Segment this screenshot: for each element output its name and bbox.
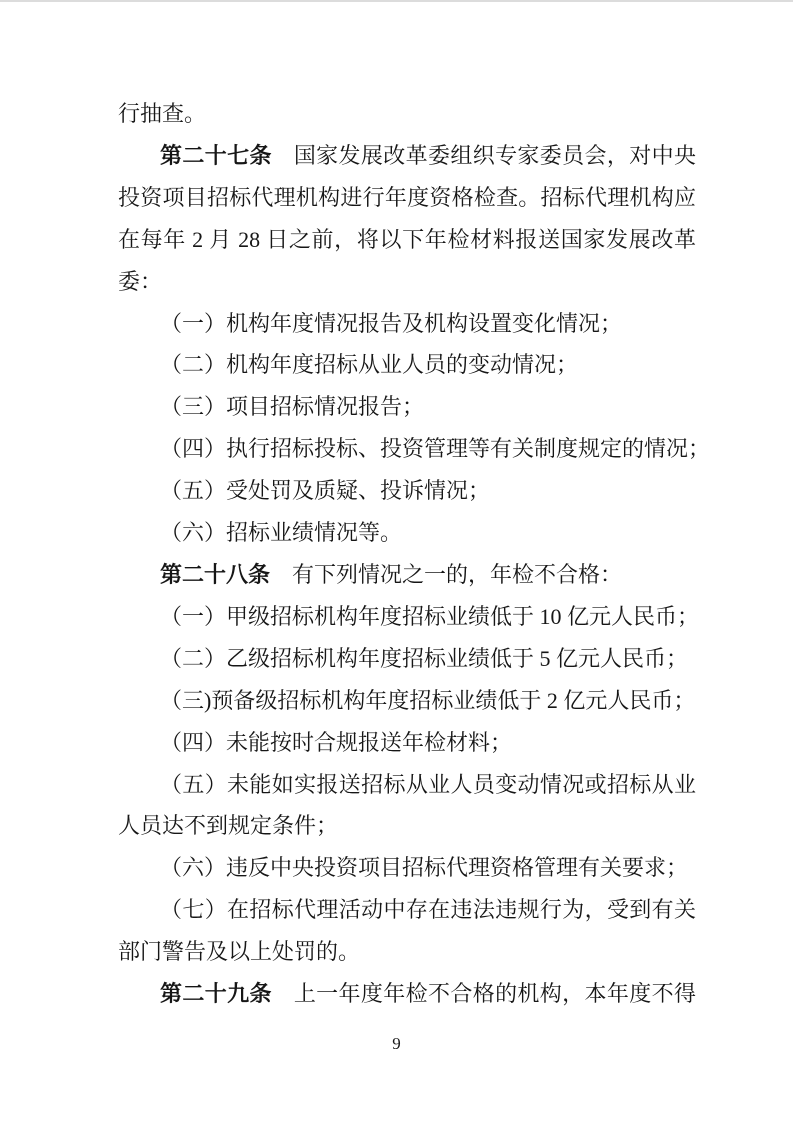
line-text: （六）违反中央投资项目招标代理资格管理有关要求； <box>160 855 688 880</box>
text-line: （一）机构年度情况报告及机构设置变化情况； <box>118 303 696 345</box>
line-text: 在每年 2 月 28 日之前，将以下年检材料报送国家发展改革 <box>118 227 696 252</box>
article-line: 第二十八条有下列情况之一的，年检不合格： <box>118 554 696 596</box>
page-number: 9 <box>0 1034 793 1054</box>
line-text: （六）招标业绩情况等。 <box>160 520 402 545</box>
line-text: 委： <box>118 269 162 294</box>
line-text: （三)预备级招标机构年度招标业绩低于 2 亿元人民币； <box>160 688 695 713</box>
line-text: （三）项目招标情况报告； <box>160 394 424 419</box>
line-text: （四）未能按时合规报送年检材料； <box>160 730 512 755</box>
text-line: 委： <box>118 261 696 303</box>
text-line: 行抽查。 <box>118 93 696 135</box>
line-text: （五）未能如实报送招标从业人员变动情况或招标从业 <box>160 772 696 797</box>
scan-artifact-top-edge <box>0 0 793 2</box>
text-line: 部门警告及以上处罚的。 <box>118 931 696 973</box>
line-text: 部门警告及以上处罚的。 <box>118 939 360 964</box>
line-text: 行抽查。 <box>118 101 206 126</box>
line-text: （一）甲级招标机构年度招标业绩低于 10 亿元人民币； <box>160 604 699 629</box>
article-line: 第二十七条国家发展改革委组织专家委员会，对中央 <box>118 135 696 177</box>
article-number: 第二十七条 <box>160 143 272 168</box>
text-line: （五）受处罚及质疑、投诉情况； <box>118 470 696 512</box>
text-line: （二）机构年度招标从业人员的变动情况； <box>118 344 696 386</box>
line-text: 上一年度年检不合格的机构，本年度不得 <box>294 981 696 1006</box>
text-line: （三）项目招标情况报告； <box>118 386 696 428</box>
line-text: 人员达不到规定条件； <box>118 813 338 838</box>
article-line: 第二十九条上一年度年检不合格的机构，本年度不得 <box>118 973 696 1015</box>
line-text: 有下列情况之一的，年检不合格： <box>292 562 622 587</box>
line-text: （二）乙级招标机构年度招标业绩低于 5 亿元人民币； <box>160 646 688 671</box>
document-body: 行抽查。第二十七条国家发展改革委组织专家委员会，对中央投资项目招标代理机构进行年… <box>118 93 696 1015</box>
text-line: （四）执行招标投标、投资管理等有关制度规定的情况； <box>118 428 696 470</box>
article-number: 第二十八条 <box>160 562 270 587</box>
text-line: （四）未能按时合规报送年检材料； <box>118 722 696 764</box>
document-page: 行抽查。第二十七条国家发展改革委组织专家委员会，对中央投资项目招标代理机构进行年… <box>0 0 793 1122</box>
text-line: 人员达不到规定条件； <box>118 805 696 847</box>
text-line: （六）违反中央投资项目招标代理资格管理有关要求； <box>118 847 696 889</box>
line-text: （一）机构年度情况报告及机构设置变化情况； <box>160 311 622 336</box>
line-text: （七）在招标代理活动中存在违法违规行为，受到有关 <box>160 897 696 922</box>
article-number: 第二十九条 <box>160 981 272 1006</box>
text-line: （一）甲级招标机构年度招标业绩低于 10 亿元人民币； <box>118 596 696 638</box>
text-line: 在每年 2 月 28 日之前，将以下年检材料报送国家发展改革 <box>118 219 696 261</box>
text-line: （三)预备级招标机构年度招标业绩低于 2 亿元人民币； <box>118 680 696 722</box>
line-text: （五）受处罚及质疑、投诉情况； <box>160 478 490 503</box>
line-text: 投资项目招标代理机构进行年度资格检查。招标代理机构应 <box>118 185 696 210</box>
text-line: （六）招标业绩情况等。 <box>118 512 696 554</box>
text-line: （五）未能如实报送招标从业人员变动情况或招标从业 <box>118 764 696 806</box>
line-text: （二）机构年度招标从业人员的变动情况； <box>160 352 578 377</box>
line-text: （四）执行招标投标、投资管理等有关制度规定的情况； <box>160 436 710 461</box>
text-line: 投资项目招标代理机构进行年度资格检查。招标代理机构应 <box>118 177 696 219</box>
line-text: 国家发展改革委组织专家委员会，对中央 <box>294 143 696 168</box>
text-line: （二）乙级招标机构年度招标业绩低于 5 亿元人民币； <box>118 638 696 680</box>
text-line: （七）在招标代理活动中存在违法违规行为，受到有关 <box>118 889 696 931</box>
